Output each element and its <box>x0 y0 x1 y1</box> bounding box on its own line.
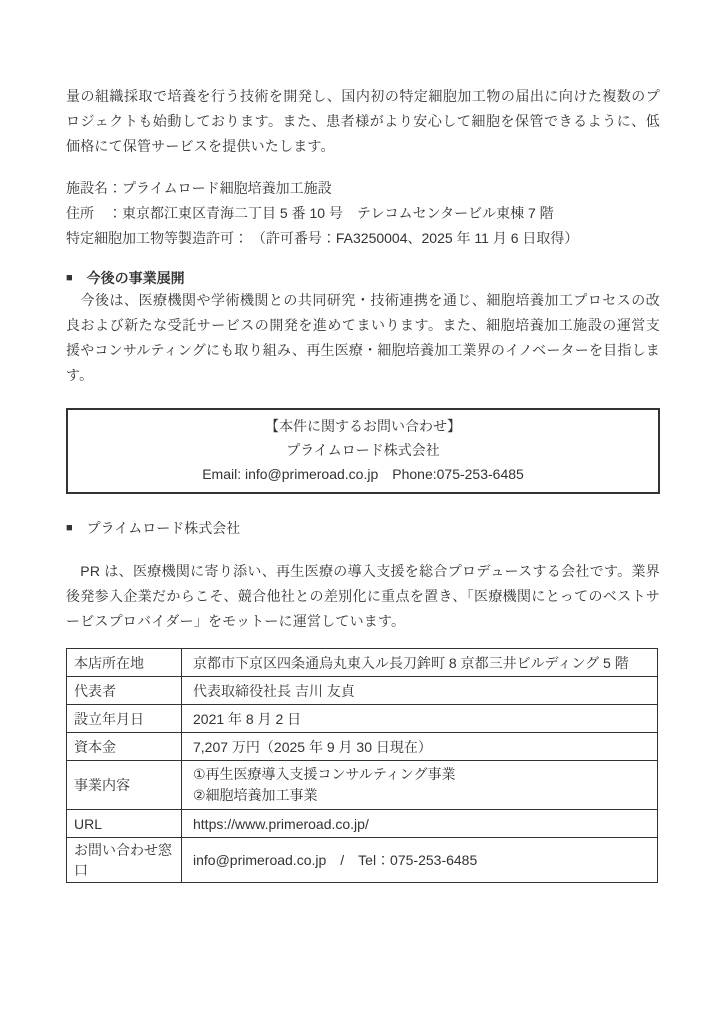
document-page: 量の組織採取で培養を行う技術を開発し、国内初の特定細胞加工物の届出に向けた複数の… <box>0 0 724 1024</box>
table-value-url: https://www.primeroad.co.jp/ <box>182 810 658 838</box>
facility-license-line: 特定細胞加工物等製造許可： （許可番号：FA3250004、2025 年 11 … <box>66 226 660 251</box>
square-bullet-icon: ■ <box>66 518 73 538</box>
table-row: 事業内容 ①再生医療導入支援コンサルティング事業 ②細胞培養加工事業 <box>67 761 658 810</box>
table-label-business: 事業内容 <box>67 761 182 810</box>
table-value-contact: info@primeroad.co.jp / Tel：075-253-6485 <box>182 838 658 883</box>
table-row: 設立年月日 2021 年 8 月 2 日 <box>67 705 658 733</box>
table-value-head-office: 京都市下京区四条通烏丸東入ル長刀鉾町 8 京都三井ビルディング 5 階 <box>182 649 658 677</box>
facility-address-line: 住所 ：東京都江東区青海二丁目 5 番 10 号 テレコムセンタービル東棟 7 … <box>66 201 660 226</box>
table-row: URL https://www.primeroad.co.jp/ <box>67 810 658 838</box>
future-business-paragraph: 今後は、医療機関や学術機関との共同研究・技術連携を通じ、細胞培養加工プロセスの改… <box>66 288 660 388</box>
table-row: 本店所在地 京都市下京区四条通烏丸東入ル長刀鉾町 8 京都三井ビルディング 5 … <box>67 649 658 677</box>
document-content: 量の組織採取で培養を行う技術を開発し、国内初の特定細胞加工物の届出に向けた複数の… <box>66 84 660 883</box>
table-value-representative: 代表取締役社長 吉川 友貞 <box>182 677 658 705</box>
section-header-future-business: ■ 今後の事業展開 <box>66 268 660 288</box>
table-label-capital: 資本金 <box>67 733 182 761</box>
table-value-capital: 7,207 万円（2025 年 9 月 30 日現在） <box>182 733 658 761</box>
section-header-company: ■ プライムロード株式会社 <box>66 518 660 538</box>
contact-box-title: 【本件に関するお問い合わせ】 <box>78 414 648 438</box>
table-label-representative: 代表者 <box>67 677 182 705</box>
table-label-url: URL <box>67 810 182 838</box>
square-bullet-icon: ■ <box>66 268 73 288</box>
contact-box: 【本件に関するお問い合わせ】 プライムロード株式会社 Email: info@p… <box>66 408 660 494</box>
section-title-company: プライムロード株式会社 <box>87 518 241 538</box>
facility-info-block: 施設名：プライムロード細胞培養加工施設 住所 ：東京都江東区青海二丁目 5 番 … <box>66 176 660 251</box>
table-label-founded-date: 設立年月日 <box>67 705 182 733</box>
company-profile-table: 本店所在地 京都市下京区四条通烏丸東入ル長刀鉾町 8 京都三井ビルディング 5 … <box>66 648 658 883</box>
section-title-future-business: 今後の事業展開 <box>87 268 185 288</box>
intro-paragraph: 量の組織採取で培養を行う技術を開発し、国内初の特定細胞加工物の届出に向けた複数の… <box>66 84 660 159</box>
table-value-business: ①再生医療導入支援コンサルティング事業 ②細胞培養加工事業 <box>182 761 658 810</box>
table-value-founded-date: 2021 年 8 月 2 日 <box>182 705 658 733</box>
company-paragraph: PR は、医療機関に寄り添い、再生医療の導入支援を総合プロデュースする会社です。… <box>66 559 660 634</box>
facility-name-line: 施設名：プライムロード細胞培養加工施設 <box>66 176 660 201</box>
table-row: お問い合わせ窓口 info@primeroad.co.jp / Tel：075-… <box>67 838 658 883</box>
table-label-head-office: 本店所在地 <box>67 649 182 677</box>
table-label-contact: お問い合わせ窓口 <box>67 838 182 883</box>
contact-box-company: プライムロード株式会社 <box>78 438 648 462</box>
contact-box-contact-line: Email: info@primeroad.co.jp Phone:075-25… <box>78 462 648 486</box>
table-row: 代表者 代表取締役社長 吉川 友貞 <box>67 677 658 705</box>
table-row: 資本金 7,207 万円（2025 年 9 月 30 日現在） <box>67 733 658 761</box>
